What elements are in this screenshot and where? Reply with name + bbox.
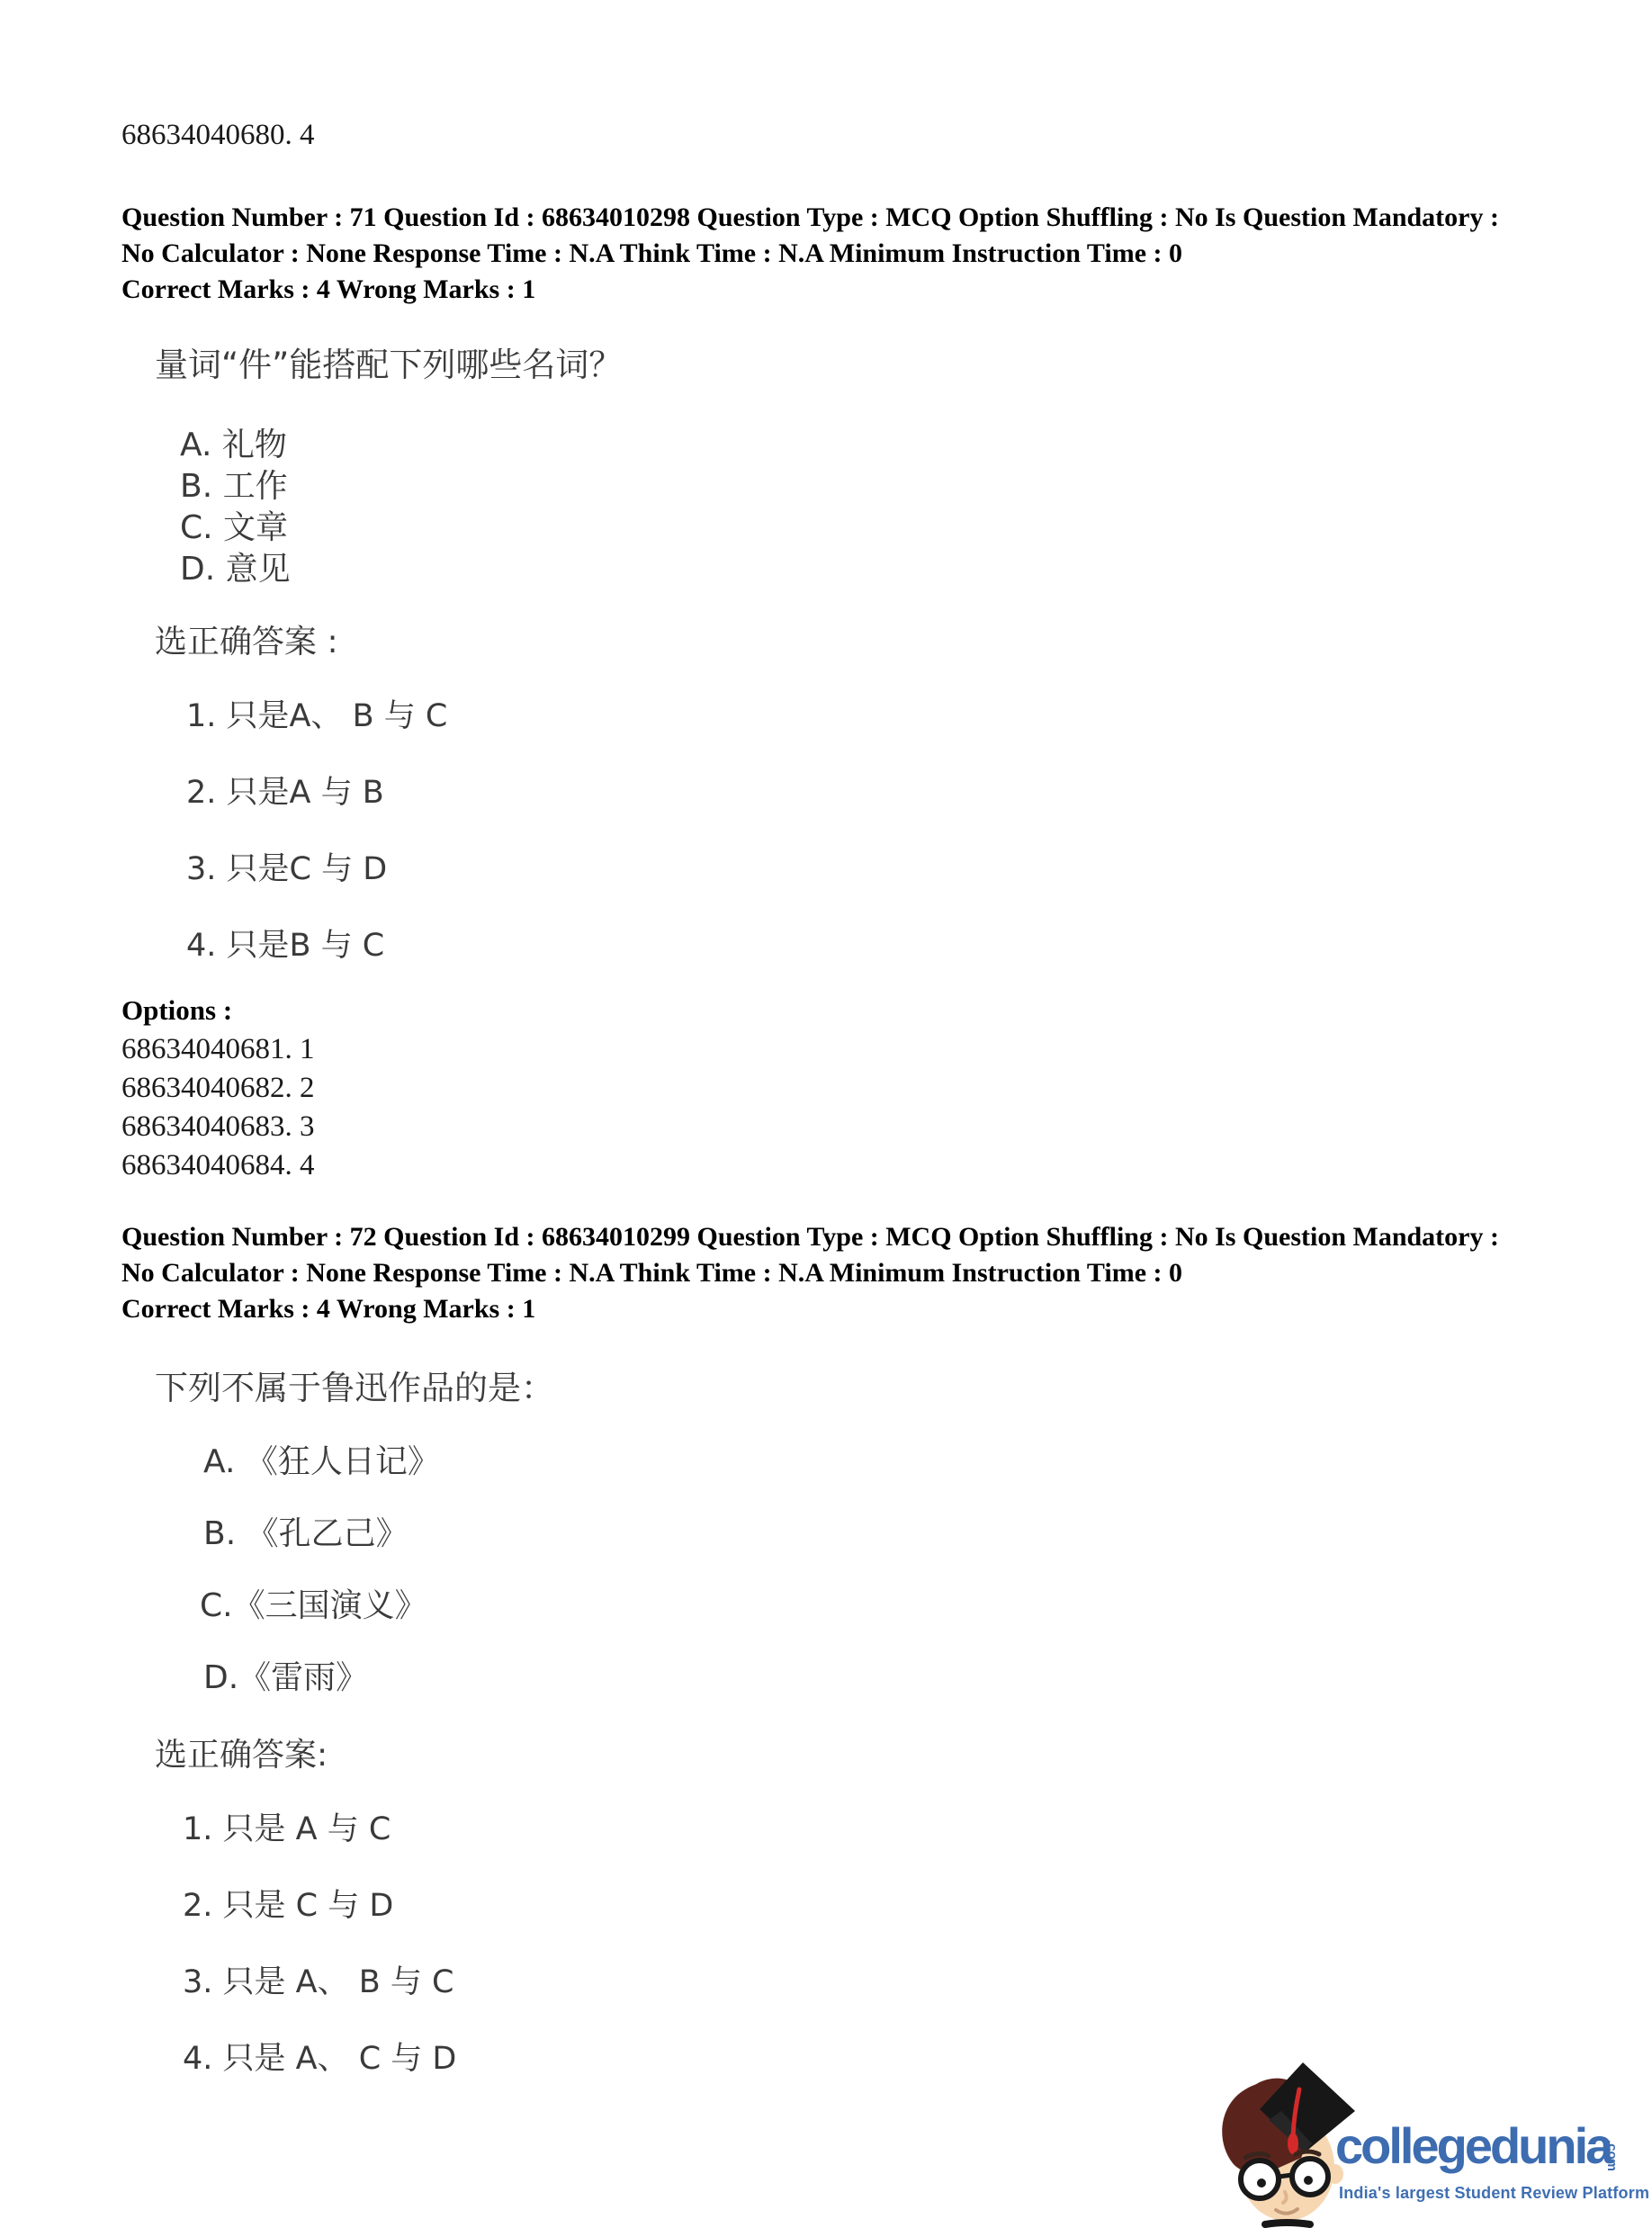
q72-header-line1: Question Number : 72 Question Id : 68634… bbox=[121, 1219, 1499, 1255]
q71-answer-option-2: 2. 只是A 与 B bbox=[186, 768, 384, 813]
brand-tagline: India's largest Student Review Platform bbox=[1339, 2184, 1649, 2203]
collegedunia-logo: collegedunia .com India's largest Studen… bbox=[1213, 2057, 1652, 2228]
q72-answer-option-3: 3. 只是 A、 B 与 C bbox=[183, 1957, 453, 2002]
q72-header-line2: No Calculator : None Response Time : N.A… bbox=[121, 1255, 1499, 1291]
q71-answer-option-4: 4. 只是B 与 C bbox=[186, 921, 384, 966]
q72-header: Question Number : 72 Question Id : 68634… bbox=[121, 1219, 1499, 1327]
q71-option-id-3: 68634040683. 3 bbox=[121, 1110, 315, 1144]
q72-choice-c: C.《三国演义》 bbox=[200, 1580, 427, 1626]
q72-answer-option-2: 2. 只是 C 与 D bbox=[183, 1881, 393, 1926]
q71-options-label: Options : bbox=[121, 994, 232, 1027]
q71-header-line2: No Calculator : None Response Time : N.A… bbox=[121, 236, 1499, 272]
q71-select-answer-label: 选正确答案 : bbox=[155, 616, 338, 662]
q71-choice-c: C. 文章 bbox=[180, 502, 288, 548]
q71-answer-option-1: 1. 只是A、 B 与 C bbox=[186, 691, 447, 736]
q71-choice-b: B. 工作 bbox=[180, 461, 288, 507]
q72-answer-option-4: 4. 只是 A、 C 与 D bbox=[183, 2034, 456, 2079]
q71-answer-option-3: 3. 只是C 与 D bbox=[186, 844, 387, 889]
q71-option-id-1: 68634040681. 1 bbox=[121, 1033, 315, 1066]
answer-id-line: 68634040680. 4 bbox=[121, 119, 315, 152]
q72-question-text: 下列不属于鲁迅作品的是： bbox=[155, 1361, 554, 1409]
brand-wordmark: collegedunia bbox=[1335, 2116, 1611, 2175]
brand-domain-text: .com bbox=[1604, 2140, 1620, 2171]
exam-document-page: 68634040680. 4 Question Number : 71 Ques… bbox=[0, 0, 1652, 2228]
q71-question-text: 量词“件”能搭配下列哪些名词？ bbox=[155, 337, 622, 386]
q71-option-id-4: 68634040684. 4 bbox=[121, 1149, 315, 1182]
q71-header: Question Number : 71 Question Id : 68634… bbox=[121, 200, 1499, 308]
q71-choice-a: A. 礼物 bbox=[180, 419, 287, 465]
q71-choice-d: D. 意见 bbox=[180, 544, 291, 589]
q72-choice-d: D.《雷雨》 bbox=[203, 1652, 368, 1698]
q72-select-answer-label: 选正确答案: bbox=[155, 1729, 328, 1775]
q72-choice-b: B. 《孔乙己》 bbox=[203, 1508, 409, 1554]
q71-header-line3: Correct Marks : 4 Wrong Marks : 1 bbox=[121, 272, 1499, 308]
q71-header-line1: Question Number : 71 Question Id : 68634… bbox=[121, 200, 1499, 236]
q72-answer-option-1: 1. 只是 A 与 C bbox=[183, 1804, 391, 1849]
q72-header-line3: Correct Marks : 4 Wrong Marks : 1 bbox=[121, 1291, 1499, 1327]
q72-choice-a: A. 《狂人日记》 bbox=[203, 1436, 440, 1482]
q71-option-id-2: 68634040682. 2 bbox=[121, 1072, 315, 1105]
brand-text: collegedunia bbox=[1335, 2117, 1611, 2174]
